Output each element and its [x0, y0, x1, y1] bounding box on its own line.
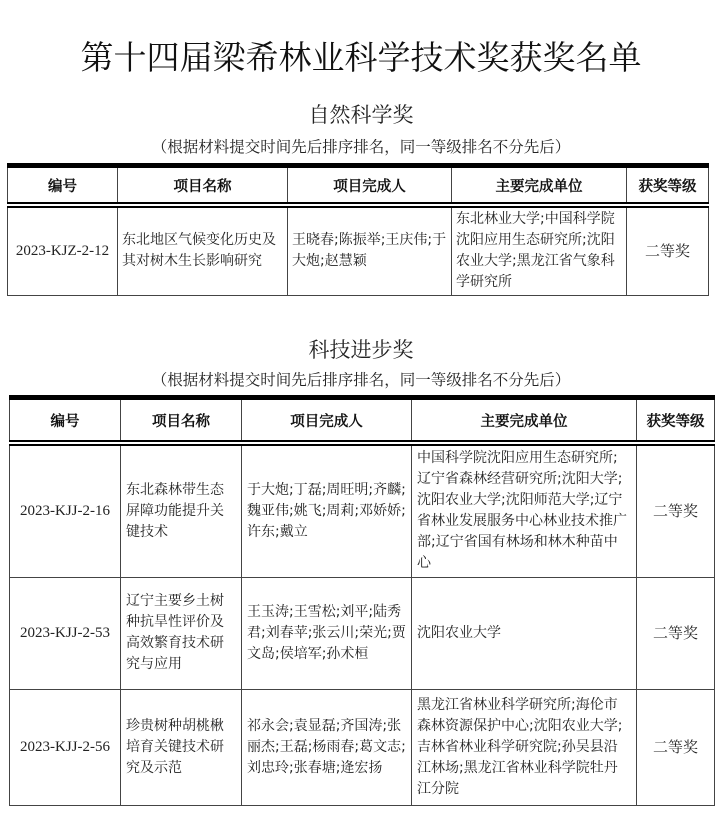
award-grade: 二等奖 — [627, 205, 709, 295]
tech-progress-award-table: 编号 项目名称 项目完成人 主要完成单位 获奖等级 2023-KJJ-2-16 … — [9, 395, 715, 806]
table-row: 2023-KJJ-2-16 东北森林带生态屏障功能提升关键技术 于大炮;丁磊;周… — [10, 443, 715, 577]
column-header-grade: 获奖等级 — [627, 166, 709, 206]
project-people: 祁永会;袁显磊;齐国涛;张丽杰;王磊;杨雨春;葛文志;刘忠玲;张春塘;逄宏扬 — [242, 689, 412, 805]
natural-science-award-table: 编号 项目名称 项目完成人 主要完成单位 获奖等级 2023-KJZ-2-12 … — [7, 163, 709, 296]
table-header-row: 编号 项目名称 项目完成人 主要完成单位 获奖等级 — [10, 398, 715, 444]
column-header-project: 项目名称 — [121, 398, 242, 444]
project-name: 珍贵树种胡桃楸培育关键技术研究及示范 — [121, 689, 242, 805]
project-name: 辽宁主要乡土树种抗旱性评价及高效繁育技术研究与应用 — [121, 577, 242, 689]
column-header-people: 项目完成人 — [288, 166, 452, 206]
award-grade: 二等奖 — [637, 443, 715, 577]
section-title-tech-progress: 科技进步奖 — [0, 336, 722, 364]
award-code: 2023-KJJ-2-56 — [10, 689, 121, 805]
award-code: 2023-KJJ-2-53 — [10, 577, 121, 689]
project-people: 于大炮;丁磊;周旺明;齐麟;魏亚伟;姚飞;周莉;邓娇娇;许东;戴立 — [242, 443, 412, 577]
project-people: 王玉涛;王雪松;刘平;陆秀君;刘春苹;张云川;荣光;贾文岛;侯培军;孙术桓 — [242, 577, 412, 689]
table-row: 2023-KJJ-2-53 辽宁主要乡土树种抗旱性评价及高效繁育技术研究与应用 … — [10, 577, 715, 689]
project-units: 中国科学院沈阳应用生态研究所;辽宁省森林经营研究所;沈阳大学;沈阳农业大学;沈阳… — [412, 443, 637, 577]
section-note: （根据材料提交时间先后排序排名，同一等级排名不分先后） — [0, 136, 722, 158]
award-code: 2023-KJZ-2-12 — [8, 205, 118, 295]
table-header-row: 编号 项目名称 项目完成人 主要完成单位 获奖等级 — [8, 166, 709, 206]
column-header-code: 编号 — [8, 166, 118, 206]
column-header-units: 主要完成单位 — [452, 166, 627, 206]
project-units: 沈阳农业大学 — [412, 577, 637, 689]
column-header-code: 编号 — [10, 398, 121, 444]
project-units: 黑龙江省林业科学研究所;海伦市森林资源保护中心;沈阳农业大学;吉林省林业科学研究… — [412, 689, 637, 805]
section-title-natural-science: 自然科学奖 — [0, 101, 722, 129]
project-units: 东北林业大学;中国科学院沈阳应用生态研究所;沈阳农业大学;黑龙江省气象科学研究所 — [452, 205, 627, 295]
table-row: 2023-KJJ-2-56 珍贵树种胡桃楸培育关键技术研究及示范 祁永会;袁显磊… — [10, 689, 715, 805]
project-name: 东北森林带生态屏障功能提升关键技术 — [121, 443, 242, 577]
page-title: 第十四届梁希林业科学技术奖获奖名单 — [0, 36, 722, 80]
column-header-people: 项目完成人 — [242, 398, 412, 444]
project-name: 东北地区气候变化历史及其对树木生长影响研究 — [118, 205, 288, 295]
award-grade: 二等奖 — [637, 689, 715, 805]
award-grade: 二等奖 — [637, 577, 715, 689]
column-header-project: 项目名称 — [118, 166, 288, 206]
column-header-grade: 获奖等级 — [637, 398, 715, 444]
column-header-units: 主要完成单位 — [412, 398, 637, 444]
section-note: （根据材料提交时间先后排序排名，同一等级排名不分先后） — [0, 369, 722, 391]
project-people: 王晓春;陈振举;王庆伟;于大炮;赵慧颖 — [288, 205, 452, 295]
award-code: 2023-KJJ-2-16 — [10, 443, 121, 577]
table-row: 2023-KJZ-2-12 东北地区气候变化历史及其对树木生长影响研究 王晓春;… — [8, 205, 709, 295]
